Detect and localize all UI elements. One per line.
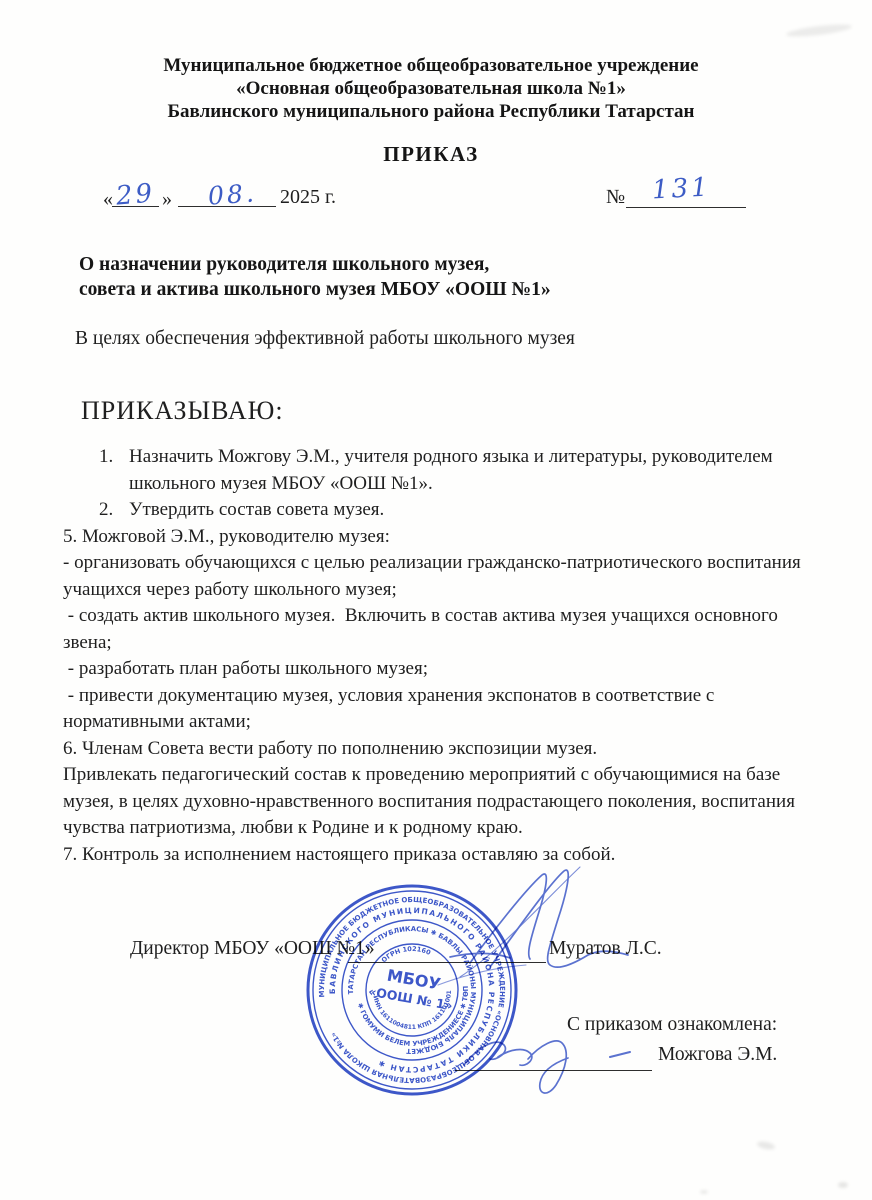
handwritten-month: 08. bbox=[207, 178, 258, 210]
number-sign: № bbox=[606, 186, 625, 209]
order-body: 1. Назначить Можгову Э.М., учителя родно… bbox=[63, 444, 813, 868]
item-number: 2. bbox=[99, 497, 113, 524]
quote-close: » bbox=[162, 188, 172, 211]
body-paragraph: 5. Можговой Э.М., руководителю музея: bbox=[63, 524, 813, 551]
body-paragraph: - организовать обучающихся с целью реали… bbox=[63, 550, 813, 603]
org-name-line-1: Муниципальное бюджетное общеобразователь… bbox=[0, 54, 862, 77]
order-title: ПРИКАЗ bbox=[0, 142, 862, 167]
org-header: Муниципальное бюджетное общеобразователь… bbox=[0, 54, 862, 123]
acknowledgement-handwritten-signature bbox=[450, 1005, 670, 1100]
body-paragraph: 6. Членам Совета вести работу по пополне… bbox=[63, 736, 813, 763]
order-subject: О назначении руководителя школьного музе… bbox=[79, 252, 551, 302]
body-paragraph: - разработать план работы школьного музе… bbox=[63, 656, 813, 683]
org-name-line-2: «Основная общеобразовательная школа №1» bbox=[0, 77, 862, 100]
acknowledgement-name: Можгова Э.М. bbox=[658, 1044, 777, 1066]
preamble: В целях обеспечения эффективной работы ш… bbox=[75, 328, 575, 350]
numbered-item-2: 2. Утвердить состав совета музея. bbox=[63, 497, 813, 524]
handwritten-number: 131 bbox=[651, 172, 711, 205]
scan-smudge bbox=[838, 1182, 848, 1188]
body-paragraph: - создать актив школьного музея. Включит… bbox=[63, 603, 813, 656]
numbered-item-1: 1. Назначить Можгову Э.М., учителя родно… bbox=[63, 444, 813, 497]
subject-line-1: О назначении руководителя школьного музе… bbox=[79, 252, 551, 277]
resolution-word: ПРИКАЗЫВАЮ: bbox=[81, 396, 284, 426]
document-sheet: Муниципальное бюджетное общеобразователь… bbox=[0, 0, 872, 1200]
item-number: 1. bbox=[99, 444, 113, 471]
scan-smudge bbox=[700, 1190, 708, 1194]
body-paragraph: Привлекать педагогический состав к прове… bbox=[63, 762, 813, 842]
item-text: Утвердить состав совета музея. bbox=[129, 499, 384, 520]
scanned-order-page: { "document": { "header": { "lines": [ "… bbox=[0, 0, 872, 1200]
item-text: Назначить Можгову Э.М., учителя родного … bbox=[129, 446, 777, 494]
body-paragraph: - привести документацию музея, условия х… bbox=[63, 683, 813, 736]
scan-smudge bbox=[756, 1140, 775, 1151]
scan-smudge bbox=[786, 22, 853, 39]
year-text: 2025 г. bbox=[280, 186, 336, 209]
date-number-row: « 29 » 08. 2025 г. № 131 bbox=[0, 184, 872, 224]
handwritten-day: 29 bbox=[115, 178, 157, 211]
org-name-line-3: Бавлинского муниципального района Респуб… bbox=[0, 100, 862, 123]
subject-line-2: совета и актива школьного музея МБОУ «ОО… bbox=[79, 277, 551, 302]
director-handwritten-signature bbox=[430, 845, 690, 1005]
